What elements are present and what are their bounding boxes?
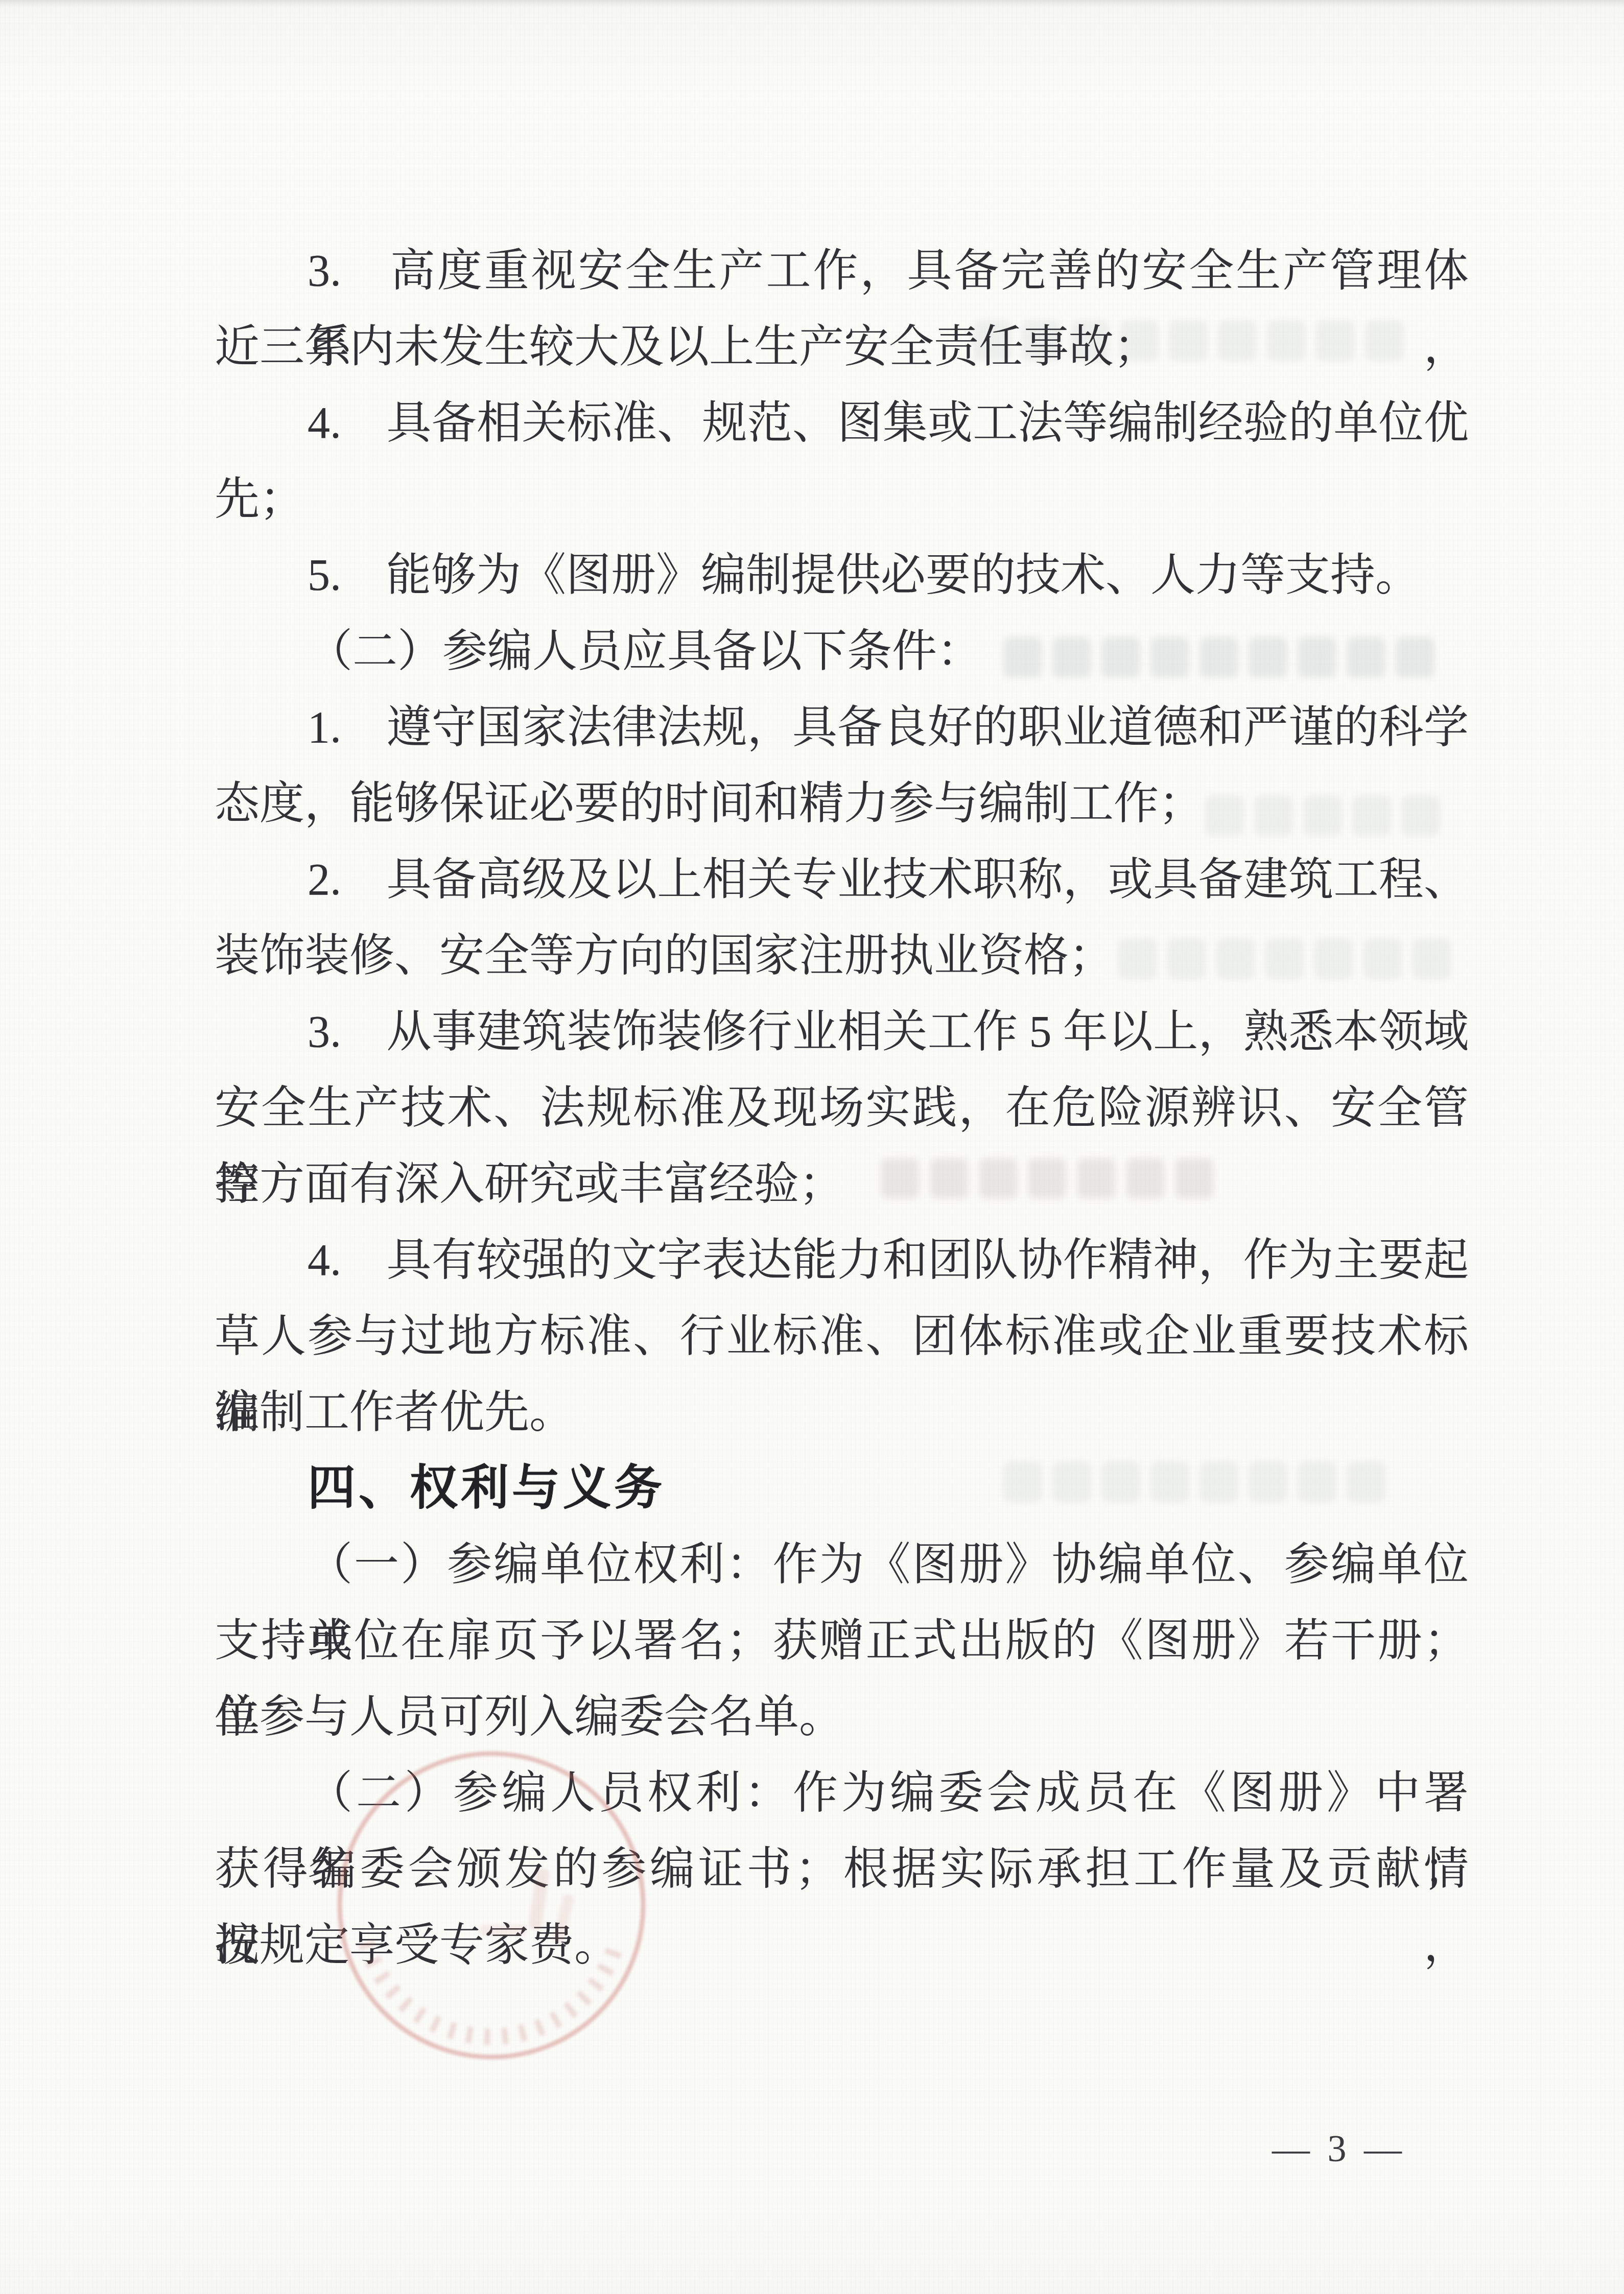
body-line: 2. 具备高级及以上相关专业技术职称，或具备建筑工程、 bbox=[215, 842, 1469, 918]
body-line: 草人参与过地方标准、行业标准、团体标准或企业重要技术标准 bbox=[215, 1298, 1469, 1375]
body-line: 先； bbox=[215, 461, 1469, 537]
body-line: 等方面有深入研究或丰富经验； bbox=[215, 1146, 1469, 1222]
body-line: 装饰装修、安全等方向的国家注册执业资格； bbox=[215, 918, 1469, 994]
body-line: （一）参编单位权利：作为《图册》协编单位、参编单位或 bbox=[215, 1527, 1469, 1603]
body-line: 1. 遵守国家法律法规，具备良好的职业道德和严谨的科学 bbox=[215, 690, 1469, 766]
body-line: 按规定享受专家费。 bbox=[215, 1907, 1469, 1983]
body-line: 态度，能够保证必要的时间和精力参与编制工作； bbox=[215, 766, 1469, 842]
body-line: 编制工作者优先。 bbox=[215, 1375, 1469, 1451]
body-line: 5. 能够为《图册》编制提供必要的技术、人力等支持。 bbox=[215, 537, 1469, 613]
body-line: （二）参编人员应具备以下条件： bbox=[215, 613, 1469, 690]
body-line: 支持单位在扉页予以署名；获赠正式出版的《图册》若干册；单 bbox=[215, 1603, 1469, 1679]
section-heading: 四、权利与义务 bbox=[215, 1451, 1469, 1527]
scan-edge-shadow bbox=[0, 0, 1624, 7]
body-line: 3. 高度重视安全生产工作，具备完善的安全生产管理体系， bbox=[215, 233, 1469, 309]
body-line: 3. 从事建筑装饰装修行业相关工作 5 年以上，熟悉本领域 bbox=[215, 994, 1469, 1070]
body-line: 4. 具备相关标准、规范、图集或工法等编制经验的单位优 bbox=[215, 385, 1469, 461]
scanned-document-page: 3. 高度重视安全生产工作，具备完善的安全生产管理体系， 近三年内未发生较大及以… bbox=[0, 0, 1624, 2294]
body-line: 近三年内未发生较大及以上生产安全责任事故； bbox=[215, 309, 1469, 385]
body-line: 4. 具有较强的文字表达能力和团队协作精神，作为主要起 bbox=[215, 1222, 1469, 1298]
page-number: — 3 — bbox=[1272, 2127, 1406, 2171]
body-line: 位参与人员可列入编委会名单。 bbox=[215, 1679, 1469, 1755]
body-line: 安全生产技术、法规标准及现场实践，在危险源辨识、安全管控 bbox=[215, 1070, 1469, 1146]
body-line: 获得编委会颁发的参编证书；根据实际承担工作量及贡献情况， bbox=[215, 1831, 1469, 1907]
document-body: 3. 高度重视安全生产工作，具备完善的安全生产管理体系， 近三年内未发生较大及以… bbox=[215, 233, 1469, 1983]
body-line: （二）参编人员权利：作为编委会成员在《图册》中署名； bbox=[215, 1755, 1469, 1831]
